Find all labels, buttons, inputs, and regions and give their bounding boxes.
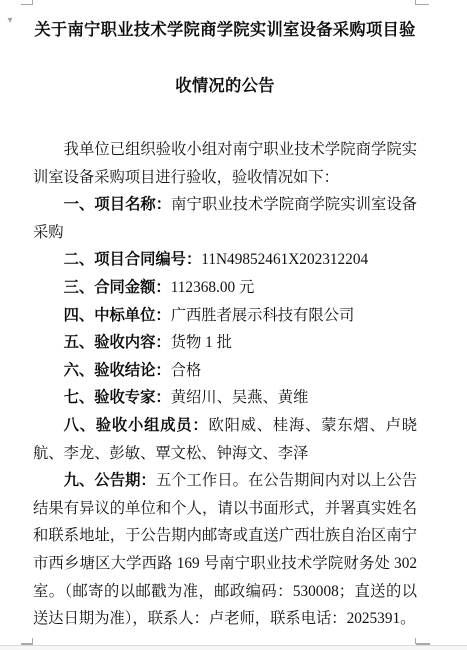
item-announcement-period: 九、公告期：五个工作日。在公告期间内对以上公告结果有异议的单位和个人，请以书面形… bbox=[33, 467, 417, 633]
item-announcement-period-label: 九、公告期： bbox=[64, 472, 156, 489]
item-acceptance-conclusion-value: 合格 bbox=[171, 362, 202, 379]
item-winning-bidder: 四、中标单位：广西胜者展示科技有限公司 bbox=[33, 302, 417, 330]
document-content: 关于南宁职业技术学院商学院实训室设备采购项目验 收情况的公告 我单位已组织验收小… bbox=[33, 0, 417, 633]
horizontal-scrollbar[interactable] bbox=[0, 645, 467, 650]
item-acceptance-conclusion-label: 六、验收结论： bbox=[64, 362, 171, 379]
item-contract-number: 二、项目合同编号：11N49852461X202312204 bbox=[33, 246, 417, 274]
item-winning-bidder-value: 广西胜者展示科技有限公司 bbox=[171, 307, 355, 324]
item-winning-bidder-label: 四、中标单位： bbox=[64, 307, 171, 324]
item-acceptance-conclusion: 六、验收结论：合格 bbox=[33, 357, 417, 385]
collapse-toggle-icon[interactable]: ▾ bbox=[3, 14, 17, 28]
intro-paragraph: 我单位已组织验收小组对南宁职业技术学院商学院实训室设备采购项目进行验收，验收情况… bbox=[33, 136, 417, 191]
item-project-name: 一、项目名称：南宁职业技术学院商学院实训室设备采购 bbox=[33, 191, 417, 246]
item-contract-number-label: 二、项目合同编号： bbox=[64, 251, 202, 268]
item-acceptance-experts: 七、验收专家：黄绍川、吴燕、黄维 bbox=[33, 384, 417, 412]
document-title: 关于南宁职业技术学院商学院实训室设备采购项目验 收情况的公告 bbox=[33, 2, 417, 114]
item-contract-amount: 三、合同金额：112368.00 元 bbox=[33, 274, 417, 302]
item-contract-amount-value: 112368.00 元 bbox=[171, 279, 255, 296]
document-body: 我单位已组织验收小组对南宁职业技术学院商学院实训室设备采购项目进行验收，验收情况… bbox=[33, 136, 417, 633]
item-announcement-period-value: 五个工作日。在公告期间内对以上公告结果有异议的单位和个人，请以书面形式，并署真实… bbox=[33, 472, 417, 627]
item-acceptance-content: 五、验收内容：货物 1 批 bbox=[33, 329, 417, 357]
document-title-line-2: 收情况的公告 bbox=[33, 58, 417, 114]
document-title-line-1: 关于南宁职业技术学院商学院实训室设备采购项目验 bbox=[33, 2, 417, 58]
item-acceptance-team: 八、验收小组成员：欧阳威、桂海、蒙东熠、卢晓航、李龙、彭敏、覃文松、钟海文、李泽 bbox=[33, 412, 417, 467]
item-acceptance-team-label: 八、验收小组成员： bbox=[64, 417, 209, 434]
item-project-name-label: 一、项目名称： bbox=[64, 196, 172, 213]
item-contract-number-value: 11N49852461X202312204 bbox=[201, 251, 368, 268]
word-page: ▾ 关于南宁职业技术学院商学院实训室设备采购项目验 收情况的公告 我单位已组织验… bbox=[0, 0, 467, 650]
item-acceptance-content-label: 五、验收内容： bbox=[64, 334, 171, 351]
item-acceptance-experts-value: 黄绍川、吴燕、黄维 bbox=[171, 389, 309, 406]
item-acceptance-content-value: 货物 1 批 bbox=[171, 334, 232, 351]
item-contract-amount-label: 三、合同金额： bbox=[64, 279, 171, 296]
item-acceptance-experts-label: 七、验收专家： bbox=[64, 389, 171, 406]
